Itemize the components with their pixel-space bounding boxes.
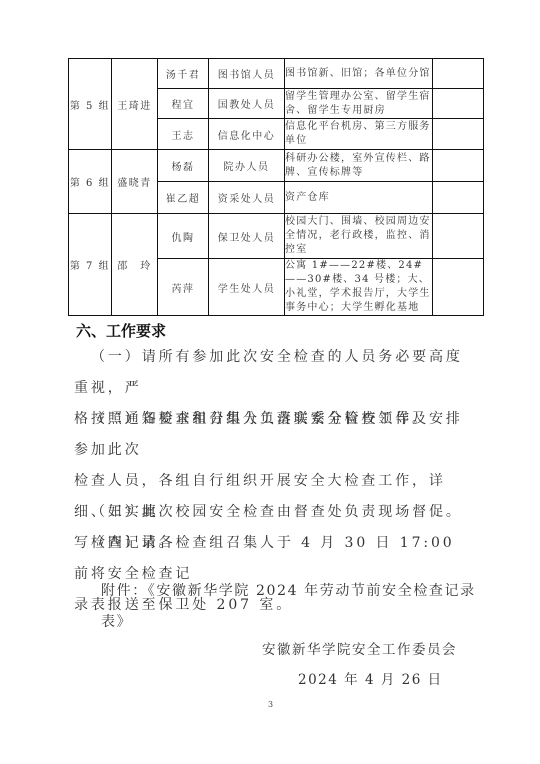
- inspection-group-table: 第 5 组 王琦进 汤千君 图书馆人员 图书馆新、旧馆；各单位分馆 程宜 国教处…: [68, 58, 484, 316]
- note-cell: [433, 59, 484, 89]
- member-name: 杨磊: [158, 150, 209, 182]
- signature-date: 2024 年 4 月 26 日: [298, 668, 443, 688]
- member-name: 程宜: [158, 89, 209, 119]
- group-leader: 盛晓青: [112, 150, 158, 214]
- inspection-area: 科研办公楼，室外宣传栏、路牌、宣传标牌等: [285, 150, 433, 182]
- member-dept: 国教处人员: [209, 89, 285, 119]
- page-number: 3: [268, 700, 273, 709]
- table-row: 第 6 组 盛晓青 杨磊 院办人员 科研办公楼，室外宣传栏、路牌、宣传标牌等: [69, 150, 484, 182]
- inspection-area: 留学生管理办公室、留学生宿舍、留学生专用厨房: [285, 89, 433, 119]
- document-page: 第 5 组 王琦进 汤千君 图书馆人员 图书馆新、旧馆；各单位分馆 程宜 国教处…: [0, 0, 540, 764]
- note-cell: [433, 89, 484, 119]
- paragraph-line: （二）各检查组召集人负责联系分管校领导及安排参加此次: [74, 411, 463, 458]
- table-row: 第 5 组 王琦进 汤千君 图书馆人员 图书馆新、旧馆；各单位分馆: [69, 59, 484, 89]
- member-name: 王志: [158, 119, 209, 150]
- member-dept: 院办人员: [209, 150, 285, 182]
- group-number: 第 7 组: [69, 214, 112, 316]
- note-cell: [433, 150, 484, 182]
- member-name: 崔乙超: [158, 182, 209, 214]
- member-name: 汤千君: [158, 59, 209, 89]
- member-dept: 图书馆人员: [209, 59, 285, 89]
- paragraph-line: （三）此次校园安全检查由督查处负责现场督促。: [91, 504, 463, 520]
- signature-org: 安徽新华学院安全工作委员会: [262, 638, 457, 658]
- member-dept: 学生处人员: [209, 259, 285, 316]
- paragraph-3: （三）此次校园安全检查由督查处负责现场督促。: [74, 497, 472, 528]
- note-cell: [433, 214, 484, 259]
- paragraph-line: （一）请所有参加此次安全检查的人员务必要高度重视，严: [74, 349, 463, 396]
- member-name: 芮萍: [158, 259, 209, 316]
- member-dept: 保卫处人员: [209, 214, 285, 259]
- section-heading: 六、工作要求: [76, 320, 166, 341]
- table-row: 第 7 组 邵 玲 仇陶 保卫处人员 校园大门、围墙、校园周边安全情况，老行政楼…: [69, 214, 484, 259]
- member-dept: 资采处人员: [209, 182, 285, 214]
- inspection-area: 校园大门、围墙、校园周边安全情况，老行政楼，监控、消控室: [285, 214, 433, 259]
- group-number: 第 6 组: [69, 150, 112, 214]
- paragraph-line: （四）请各检查组召集人于 4 月 30 日 17:00 前将安全检查记: [74, 535, 455, 582]
- inspection-area: 图书馆新、旧馆；各单位分馆: [285, 59, 433, 89]
- attachment-line: 附件：《安徽新华学院 2024 年劳动节前安全检查记录表》: [101, 576, 481, 638]
- note-cell: [433, 259, 484, 316]
- note-cell: [433, 119, 484, 150]
- inspection-area: 资产仓库: [285, 182, 433, 214]
- group-leader: 邵 玲: [112, 214, 158, 316]
- member-dept: 信息化中心: [209, 119, 285, 150]
- inspection-area: 信息化平台机房、第三方服务单位: [285, 119, 433, 150]
- note-cell: [433, 182, 484, 214]
- member-name: 仇陶: [158, 214, 209, 259]
- group-number: 第 5 组: [69, 59, 112, 150]
- group-leader: 王琦进: [112, 59, 158, 150]
- inspection-area: 公寓 1#——22#楼、24#——30#楼、34 号楼；大、小礼堂，学术报告厅，…: [285, 259, 433, 316]
